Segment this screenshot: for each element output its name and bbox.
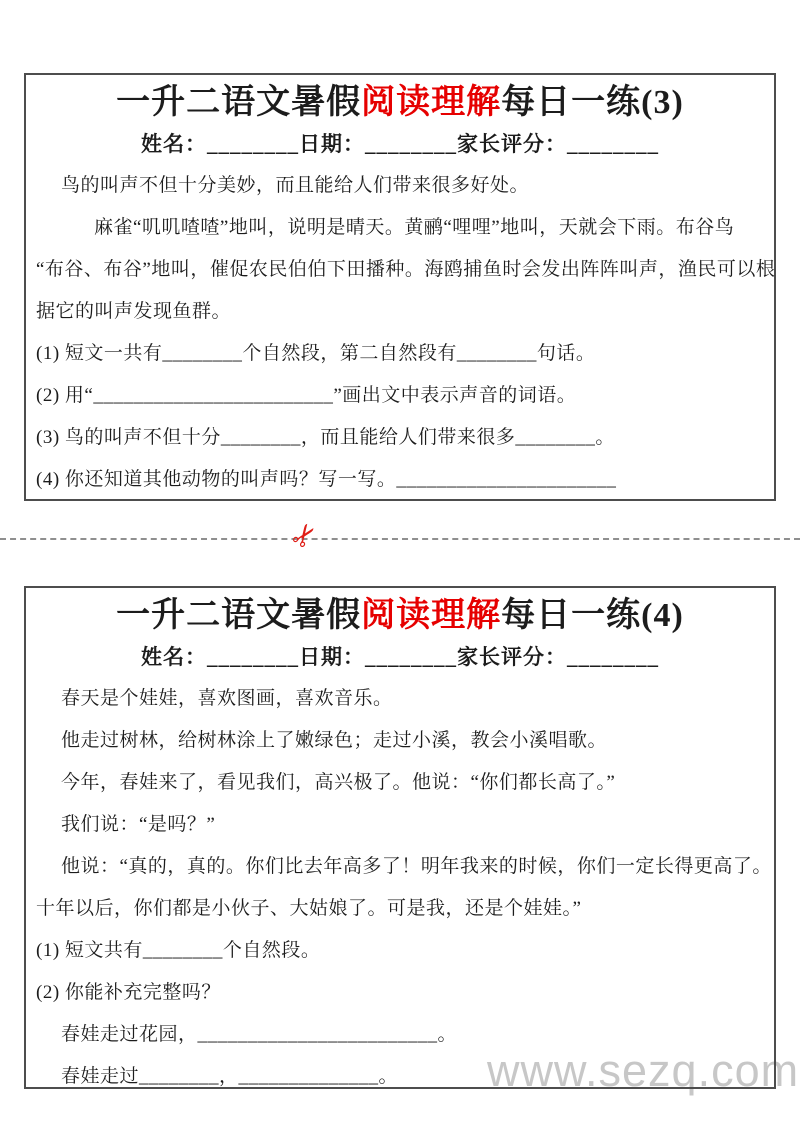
text-line: 今年，春娃来了，看见我们，高兴极了。他说：“你们都长高了。” bbox=[36, 762, 764, 804]
text-line: (1) 短文一共有________个自然段，第二自然段有________句话。 bbox=[36, 333, 764, 375]
scissors-icon: ✂ bbox=[286, 517, 325, 555]
worksheet-4-title: 一升二语文暑假阅读理解每日一练(4) bbox=[36, 594, 764, 638]
title-segment-highlight: 阅读理解 bbox=[361, 597, 501, 634]
text-line: 他走过树林，给树林涂上了嫩绿色；走过小溪，教会小溪唱歌。 bbox=[36, 720, 764, 762]
title-segment-pre: 一升二语文暑假 bbox=[116, 597, 361, 634]
worksheet-page: 一升二语文暑假阅读理解每日一练(3) 姓名：________日期：_______… bbox=[0, 0, 800, 1131]
text-line: 据它的叫声发现鱼群。 bbox=[36, 291, 764, 333]
text-line: (1) 短文共有________个自然段。 bbox=[36, 930, 764, 972]
text-line: “布谷、布谷”地叫，催促农民伯伯下田播种。海鸥捕鱼时会发出阵阵叫声，渔民可以根 bbox=[36, 249, 764, 291]
text-line: 春天是个娃娃，喜欢图画，喜欢音乐。 bbox=[36, 678, 764, 720]
text-line: 鸟的叫声不但十分美妙，而且能给人们带来很多好处。 bbox=[36, 165, 764, 207]
text-line: (4) 你还知道其他动物的叫声吗？写一写。___________________… bbox=[36, 459, 764, 501]
text-line: 春娃走过花园，________________________。 bbox=[36, 1014, 764, 1056]
worksheet-3-name-date-score-line: 姓名：________日期：________家长评分：________ bbox=[36, 127, 764, 161]
text-line: 十年以后，你们都是小伙子、大姑娘了。可是我，还是个娃娃。” bbox=[36, 888, 764, 930]
worksheet-3-title: 一升二语文暑假阅读理解每日一练(3) bbox=[36, 81, 764, 125]
worksheet-4-body: 春天是个娃娃，喜欢图画，喜欢音乐。他走过树林，给树林涂上了嫩绿色；走过小溪，教会… bbox=[36, 678, 764, 1098]
text-line: (3) 鸟的叫声不但十分________，而且能给人们带来很多________。 bbox=[36, 417, 764, 459]
worksheet-sheet-3: 一升二语文暑假阅读理解每日一练(3) 姓名：________日期：_______… bbox=[24, 73, 776, 501]
title-segment-highlight: 阅读理解 bbox=[361, 84, 501, 121]
text-line: 他说：“真的，真的。你们比去年高多了！明年我来的时候，你们一定长得更高了。 bbox=[36, 846, 764, 888]
text-line: 麻雀“叽叽喳喳”地叫，说明是晴天。黄鹂“哩哩”地叫，天就会下雨。布谷鸟 bbox=[36, 207, 764, 249]
worksheet-sheet-4: 一升二语文暑假阅读理解每日一练(4) 姓名：________日期：_______… bbox=[24, 586, 776, 1089]
text-line: 我们说：“是吗？” bbox=[36, 804, 764, 846]
text-line: (2) 你能补充完整吗？ bbox=[36, 972, 764, 1014]
title-segment-post: 每日一练(3) bbox=[501, 84, 684, 121]
worksheet-4-name-date-score-line: 姓名：________日期：________家长评分：________ bbox=[36, 640, 764, 674]
title-segment-post: 每日一练(4) bbox=[501, 597, 684, 634]
text-line: 春娃走过________，______________。 bbox=[36, 1056, 764, 1098]
worksheet-3-body: 鸟的叫声不但十分美妙，而且能给人们带来很多好处。麻雀“叽叽喳喳”地叫，说明是晴天… bbox=[36, 165, 764, 501]
cut-line: ✂ bbox=[0, 538, 800, 540]
title-segment-pre: 一升二语文暑假 bbox=[116, 84, 361, 121]
text-line: (2) 用“________________________”画出文中表示声音的… bbox=[36, 375, 764, 417]
